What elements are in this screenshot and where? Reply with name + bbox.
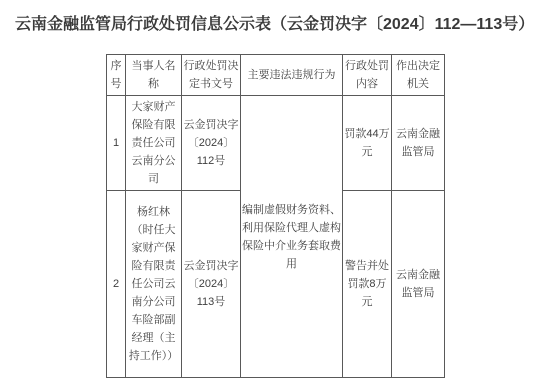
page: 云南金融监管局行政处罚信息公示表（云金罚决字〔2024〕112—113号） 序号…: [0, 0, 550, 387]
authority-cell: 云南金融监管局: [392, 191, 445, 378]
violation-cell-merged: 编制虚假财务资料、利用保险代理人虚构保险中介业务套取费用: [241, 96, 343, 378]
header-authority: 作出决定机关: [392, 55, 445, 96]
table-header-row: 序号 当事人名称 行政处罚决定书文号 主要违法违规行为 行政处罚内容 作出决定机…: [107, 55, 445, 96]
row-index-cell: 1: [107, 96, 126, 191]
penalty-cell: 警告并处罚款8万元: [343, 191, 392, 378]
header-doc-number: 行政处罚决定书文号: [182, 55, 241, 96]
header-index: 序号: [107, 55, 126, 96]
party-name-cell: 杨红林（时任大家财产保险有限责任公司云南分公司车险部副经理（主持工作））: [126, 191, 182, 378]
header-violation: 主要违法违规行为: [241, 55, 343, 96]
page-title: 云南金融监管局行政处罚信息公示表（云金罚决字〔2024〕112—113号）: [15, 11, 545, 34]
authority-cell: 云南金融监管局: [392, 96, 445, 191]
penalty-cell: 罚款44万元: [343, 96, 392, 191]
party-name-cell: 大家财产保险有限责任公司云南分公司: [126, 96, 182, 191]
doc-number-cell: 云金罚决字〔2024〕113号: [182, 191, 241, 378]
header-party-name: 当事人名称: [126, 55, 182, 96]
header-penalty: 行政处罚内容: [343, 55, 392, 96]
penalty-table: 序号 当事人名称 行政处罚决定书文号 主要违法违规行为 行政处罚内容 作出决定机…: [106, 54, 445, 378]
table-row: 1 大家财产保险有限责任公司云南分公司 云金罚决字〔2024〕112号 编制虚假…: [107, 96, 445, 191]
doc-number-cell: 云金罚决字〔2024〕112号: [182, 96, 241, 191]
row-index-cell: 2: [107, 191, 126, 378]
